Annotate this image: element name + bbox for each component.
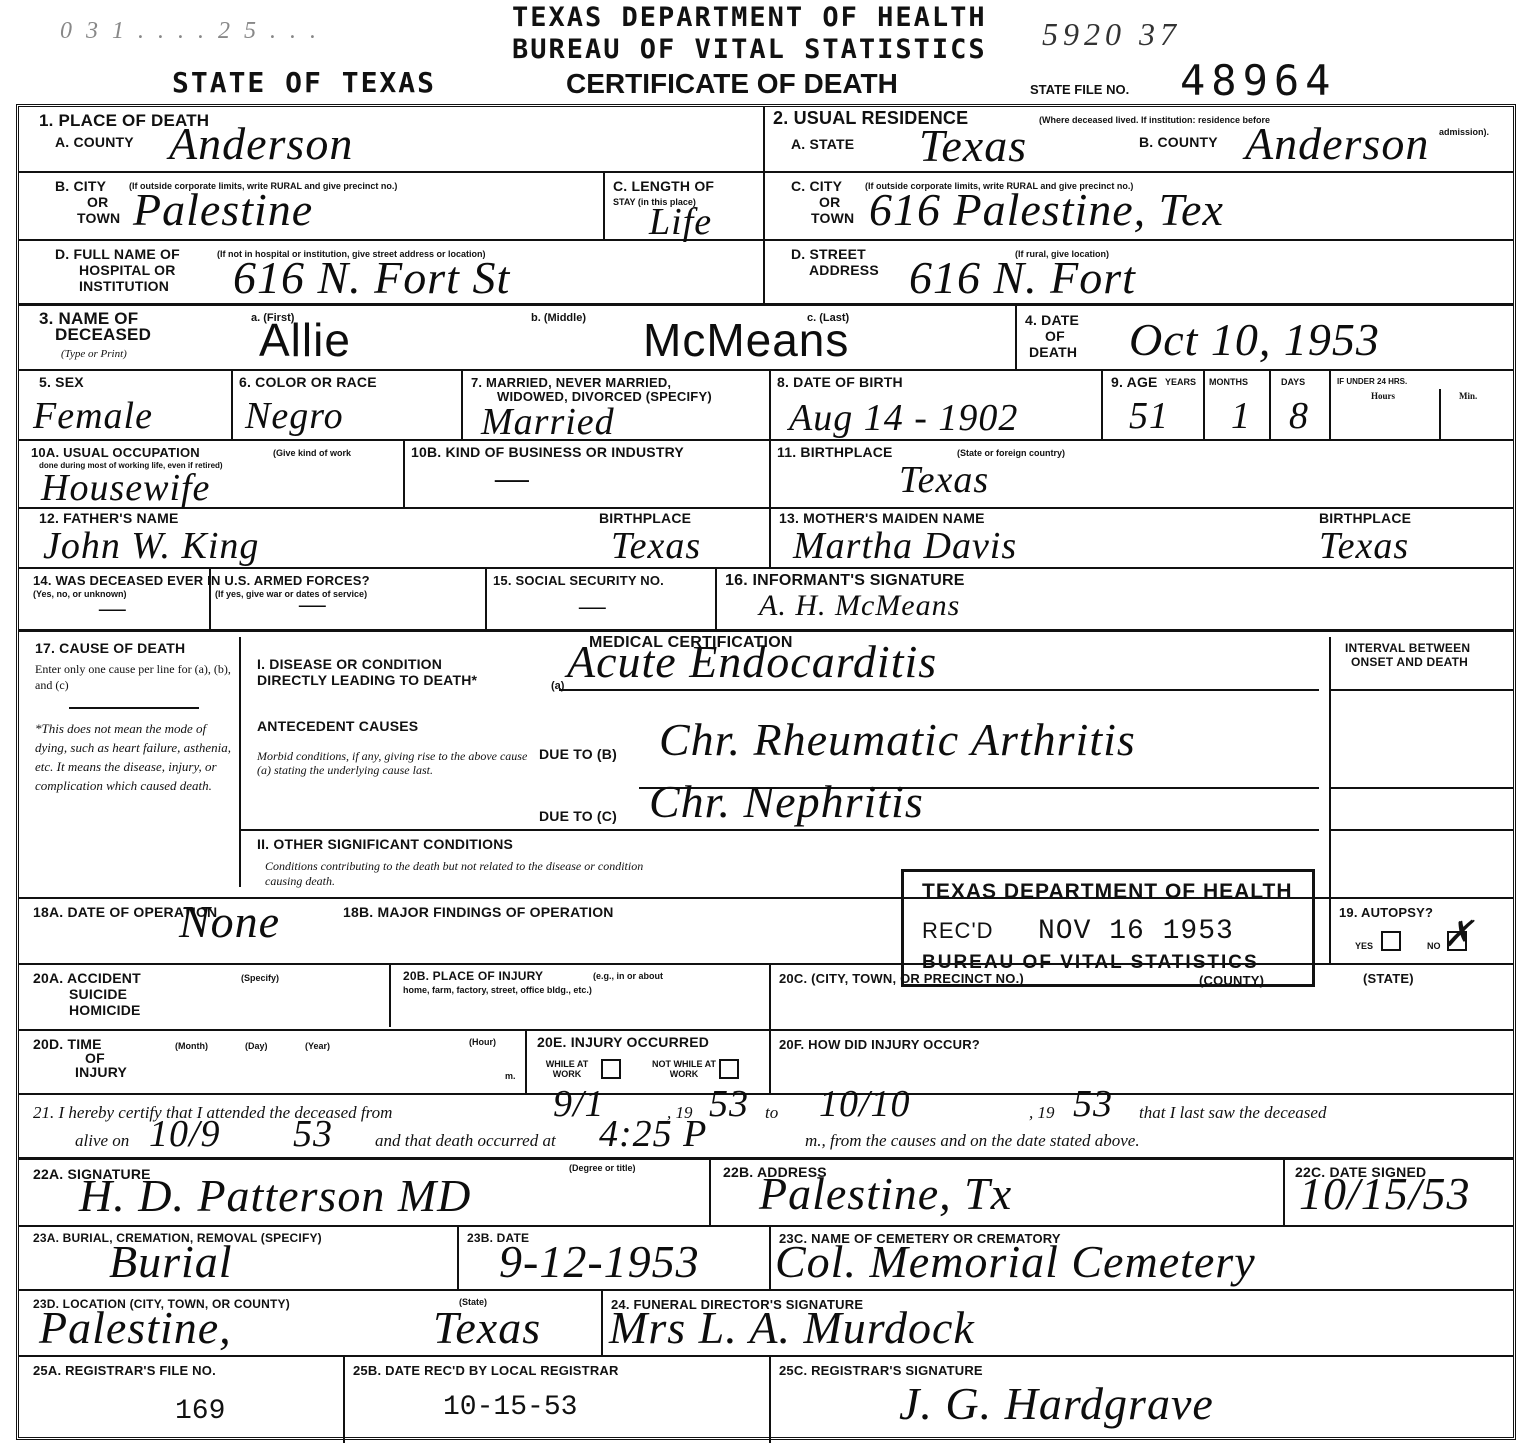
mother-birthplace-field[interactable]: Texas — [1319, 525, 1409, 567]
registrar-date-label: 25b. DATE REC'D BY LOCAL REGISTRAR — [353, 1363, 619, 1378]
cause-of-death-label: 17. CAUSE OF DEATH — [35, 641, 185, 656]
usual-residence-note-2: admission). — [1439, 127, 1489, 137]
age-label: 9. AGE — [1111, 375, 1158, 390]
county-label: a. COUNTY — [55, 135, 134, 150]
age-min-label: Min. — [1459, 391, 1477, 401]
suicide-label: SUICIDE — [69, 987, 127, 1002]
occupation-note: (Give kind of work — [273, 448, 351, 458]
armed-forces-label: 14. WAS DECEASED EVER IN U.S. ARMED FORC… — [33, 573, 370, 588]
time-m-label: m. — [505, 1071, 516, 1081]
attended-from-year-field[interactable]: 53 — [709, 1083, 749, 1125]
disease-condition-label-2: DIRECTLY LEADING TO DEATH* — [257, 673, 477, 688]
registrar-date-field[interactable]: 10-15-53 — [443, 1393, 577, 1423]
occupation-label: 10a. USUAL OCCUPATION — [31, 445, 200, 460]
last-name-field[interactable]: McMeans — [643, 315, 849, 365]
city-label: b. CITY — [55, 179, 106, 194]
father-birthplace-field[interactable]: Texas — [611, 525, 701, 567]
disposition-field[interactable]: Burial — [109, 1237, 233, 1287]
cause-instruction: Enter only one cause per line for (a), (… — [35, 661, 235, 693]
time-year-label: (Year) — [305, 1041, 330, 1051]
type-or-print-note: (Type or Print) — [61, 347, 127, 362]
birthplace-label: 11. BIRTHPLACE — [777, 445, 893, 460]
autopsy-yes-label: YES — [1355, 941, 1373, 951]
age-under-24-label: IF UNDER 24 HRS. — [1337, 377, 1407, 387]
cemetery-field[interactable]: Col. Memorial Cemetery — [775, 1237, 1256, 1287]
residence-county-label: b. COUNTY — [1139, 135, 1218, 150]
burial-date-field[interactable]: 9-12-1953 — [499, 1237, 700, 1287]
first-name-field[interactable]: Allie — [259, 315, 351, 365]
physician-signature-field[interactable]: H. D. Patterson MD — [79, 1171, 471, 1221]
age-hours-label: Hours — [1371, 391, 1395, 401]
birthplace-note: (State or foreign country) — [957, 448, 1065, 458]
autopsy-label: 19. AUTOPSY? — [1339, 905, 1433, 920]
injury-occurred-label: 20e. INJURY OCCURRED — [537, 1035, 709, 1050]
department-title: TEXAS DEPARTMENT OF HEALTH — [512, 2, 987, 33]
registrar-signature-field[interactable]: J. G. Hardgrave — [899, 1379, 1214, 1429]
cause-c-field[interactable]: Chr. Nephritis — [649, 777, 924, 827]
state-of-texas: STATE OF TEXAS — [172, 66, 436, 99]
race-field[interactable]: Negro — [245, 395, 344, 437]
faint-serial-stamp: 0 3 1 . . . . 2 5 . . . — [60, 18, 320, 45]
death-county-field[interactable]: Anderson — [169, 119, 353, 169]
registrar-signature-label: 25c. REGISTRAR'S SIGNATURE — [779, 1363, 983, 1378]
interval-label-2: ONSET AND DEATH — [1351, 655, 1468, 670]
due-to-b-label: DUE TO (b) — [539, 747, 617, 762]
residence-city-field[interactable]: 616 Palestine, Tex — [869, 185, 1224, 235]
state-file-number: 48964 — [1180, 56, 1336, 105]
marital-status-label: 7. MARRIED, NEVER MARRIED, — [471, 375, 671, 390]
place-of-injury-note-2: home, farm, factory, street, office bldg… — [403, 985, 592, 995]
burial-location-state-field[interactable]: Texas — [433, 1303, 541, 1353]
place-of-injury-label: 20b. PLACE OF INJURY — [403, 969, 543, 984]
ssn-field[interactable]: — — [579, 589, 607, 623]
stamp-line-3: BUREAU OF VITAL STATISTICS — [922, 952, 1259, 974]
last-seen-year-field[interactable]: 53 — [293, 1113, 333, 1155]
disease-condition-label: I. DISEASE OR CONDITION — [257, 657, 442, 672]
death-city-field[interactable]: Palestine — [133, 185, 313, 235]
autopsy-yes-checkbox[interactable] — [1381, 931, 1401, 951]
father-name-field[interactable]: John W. King — [43, 525, 259, 567]
other-conditions-label: II. OTHER SIGNIFICANT CONDITIONS — [257, 837, 513, 852]
residence-city-town: TOWN — [811, 211, 854, 226]
sex-field[interactable]: Female — [33, 395, 153, 437]
street-label-2: ADDRESS — [809, 263, 879, 278]
informant-signature-label: 16. INFORMANT'S SIGNATURE — [725, 573, 965, 588]
stamp-line-1: TEXAS DEPARTMENT OF HEALTH — [922, 880, 1293, 904]
date-of-death-field[interactable]: Oct 10, 1953 — [1129, 315, 1380, 365]
name-of-deceased-label: 3. NAME OF — [39, 311, 138, 326]
registrar-file-field[interactable]: 169 — [175, 1397, 225, 1427]
attended-to-field[interactable]: 10/10 — [819, 1083, 911, 1125]
cause-b-field[interactable]: Chr. Rheumatic Arthritis — [659, 715, 1136, 765]
time-month-label: (Month) — [175, 1041, 208, 1051]
residence-county-field[interactable]: Anderson — [1245, 119, 1429, 169]
certify-to: to — [765, 1105, 778, 1120]
received-stamp: TEXAS DEPARTMENT OF HEALTH REC'D NOV 16 … — [901, 869, 1315, 987]
not-while-at-work-checkbox[interactable] — [719, 1059, 739, 1079]
cause-a-marker: (a) — [551, 681, 564, 691]
last-seen-alive-field[interactable]: 10/9 — [149, 1113, 221, 1155]
length-of-stay-label: c. LENGTH OF — [613, 179, 714, 194]
while-at-work-checkbox[interactable] — [601, 1059, 621, 1079]
operation-date-field[interactable]: None — [179, 897, 280, 947]
residence-city-or: OR — [819, 195, 840, 210]
age-days-label: DAYS — [1281, 377, 1305, 387]
informant-signature-field[interactable]: A. H. McMeans — [759, 589, 960, 623]
length-of-stay-field[interactable]: Life — [649, 201, 712, 243]
age-years-field[interactable]: 51 — [1129, 395, 1169, 437]
city-or-label: OR — [87, 195, 108, 210]
age-years-label: YEARS — [1165, 377, 1196, 387]
time-of-injury-label-3: INJURY — [75, 1065, 127, 1080]
comma-19-b: , 19 — [1029, 1105, 1055, 1120]
death-certificate-form: 1. PLACE OF DEATH a. COUNTY Anderson b. … — [16, 104, 1516, 1440]
race-label: 6. COLOR OR RACE — [239, 375, 377, 390]
marital-status-field[interactable]: Married — [481, 401, 615, 443]
hospital-label: d. FULL NAME OF — [55, 247, 180, 262]
interval-label: INTERVAL BETWEEN — [1345, 641, 1470, 656]
accident-label: 20a. ACCIDENT — [33, 971, 141, 986]
certify-text-3: alive on — [75, 1133, 129, 1148]
birthplace-field[interactable]: Texas — [899, 459, 989, 501]
due-to-c-label: DUE TO (c) — [539, 809, 617, 824]
degree-label: (Degree or title) — [569, 1163, 636, 1173]
stamp-received-date: NOV 16 1953 — [1038, 916, 1234, 947]
time-hour-label: (Hour) — [469, 1037, 496, 1047]
other-conditions-note: Conditions contributing to the death but… — [265, 859, 645, 889]
cause-a-field[interactable]: Acute Endocarditis — [567, 637, 937, 687]
residence-city-label: c. CITY — [791, 179, 842, 194]
age-months-label: MONTHS — [1209, 377, 1248, 387]
physician-address-field[interactable]: Palestine, Tx — [759, 1169, 1012, 1219]
injury-specify-note: (Specify) — [241, 973, 279, 983]
hospital-field[interactable]: 616 N. Fort St — [233, 253, 510, 303]
age-days-field[interactable]: 8 — [1289, 395, 1309, 437]
street-address-field[interactable]: 616 N. Fort — [909, 253, 1136, 303]
date-of-birth-label: 8. DATE OF BIRTH — [777, 375, 903, 390]
place-of-injury-note: (e.g., in or about — [593, 971, 663, 981]
business-label: 10b. KIND OF BUSINESS OR INDUSTRY — [411, 445, 684, 460]
armed-forces-dates-field[interactable]: — — [299, 587, 327, 621]
mother-birthplace-label: BIRTHPLACE — [1319, 511, 1411, 526]
name-of-deceased-label-2: DECEASED — [55, 327, 151, 342]
stamp-received-label: REC'D — [922, 918, 994, 944]
attended-from-field[interactable]: 9/1 — [553, 1083, 605, 1125]
certificate-title: CERTIFICATE OF DEATH — [566, 68, 898, 100]
residence-state-label: a. STATE — [791, 137, 854, 152]
sex-label: 5. SEX — [39, 375, 84, 390]
city-town-label: TOWN — [77, 211, 120, 226]
not-while-at-work-label: NOT WHILE AT WORK — [649, 1059, 719, 1079]
certify-text-5: m., from the causes and on the date stat… — [805, 1133, 1140, 1148]
date-signed-field[interactable]: 10/15/53 — [1299, 1169, 1471, 1219]
date-of-death-label: 4. DATE — [1025, 313, 1079, 328]
residence-state-field[interactable]: Texas — [919, 121, 1027, 171]
age-months-field[interactable]: 1 — [1231, 395, 1251, 437]
stamped-number: 5920 37 — [1042, 16, 1181, 53]
middle-name-label: b. (Middle) — [531, 313, 586, 323]
occupation-field[interactable]: Housewife — [41, 467, 210, 509]
death-time-field[interactable]: 4:25 P — [599, 1113, 707, 1155]
ssn-label: 15. SOCIAL SECURITY NO. — [493, 573, 664, 588]
injury-state-label: (STATE) — [1363, 971, 1414, 986]
hospital-label-3: INSTITUTION — [79, 279, 169, 294]
time-day-label: (Day) — [245, 1041, 268, 1051]
hospital-label-2: HOSPITAL OR — [79, 263, 176, 278]
cause-note: *This does not mean the mode of dying, s… — [35, 719, 235, 795]
certify-text-4: and that death occurred at — [375, 1133, 556, 1148]
date-of-birth-field[interactable]: Aug 14 - 1902 — [789, 397, 1018, 439]
usual-residence-note: (Where deceased lived. If institution: r… — [1039, 115, 1270, 125]
checkmark-icon: ✗ — [1443, 913, 1473, 955]
how-injury-occurred-label: 20f. HOW DID INJURY OCCUR? — [779, 1037, 980, 1052]
mother-name-field[interactable]: Martha Davis — [793, 525, 1017, 567]
date-of-death-label-2: OF — [1045, 329, 1065, 344]
street-label: d. STREET — [791, 247, 866, 262]
business-field[interactable]: — — [495, 457, 530, 499]
autopsy-no-checkbox[interactable]: ✗ — [1447, 931, 1467, 951]
operation-findings-label: 18b. MAJOR FINDINGS OF OPERATION — [343, 905, 614, 920]
antecedent-causes-label: ANTECEDENT CAUSES — [257, 719, 418, 734]
father-name-label: 12. FATHER'S NAME — [39, 511, 179, 526]
homicide-label: HOMICIDE — [69, 1003, 141, 1018]
certify-text-2: that I last saw the deceased — [1139, 1105, 1326, 1120]
registrar-file-label: 25a. REGISTRAR'S FILE NO. — [33, 1363, 216, 1378]
autopsy-no-label: NO — [1427, 941, 1441, 951]
attended-to-year-field[interactable]: 53 — [1073, 1083, 1113, 1125]
armed-forces-field[interactable]: — — [99, 591, 127, 625]
funeral-director-field[interactable]: Mrs L. A. Murdock — [609, 1303, 975, 1353]
antecedent-note: Morbid conditions, if any, giving rise t… — [257, 749, 537, 777]
while-at-work-label: WHILE AT WORK — [537, 1059, 597, 1079]
father-birthplace-label: BIRTHPLACE — [599, 511, 691, 526]
state-file-label: STATE FILE NO. — [1030, 82, 1129, 97]
mother-name-label: 13. MOTHER'S MAIDEN NAME — [779, 511, 985, 526]
armed-forces-note-2: (If yes, give war or dates of service) — [215, 589, 367, 599]
date-of-death-label-3: DEATH — [1029, 345, 1077, 360]
burial-location-field[interactable]: Palestine, — [39, 1303, 232, 1353]
bureau-title: BUREAU OF VITAL STATISTICS — [512, 34, 987, 65]
